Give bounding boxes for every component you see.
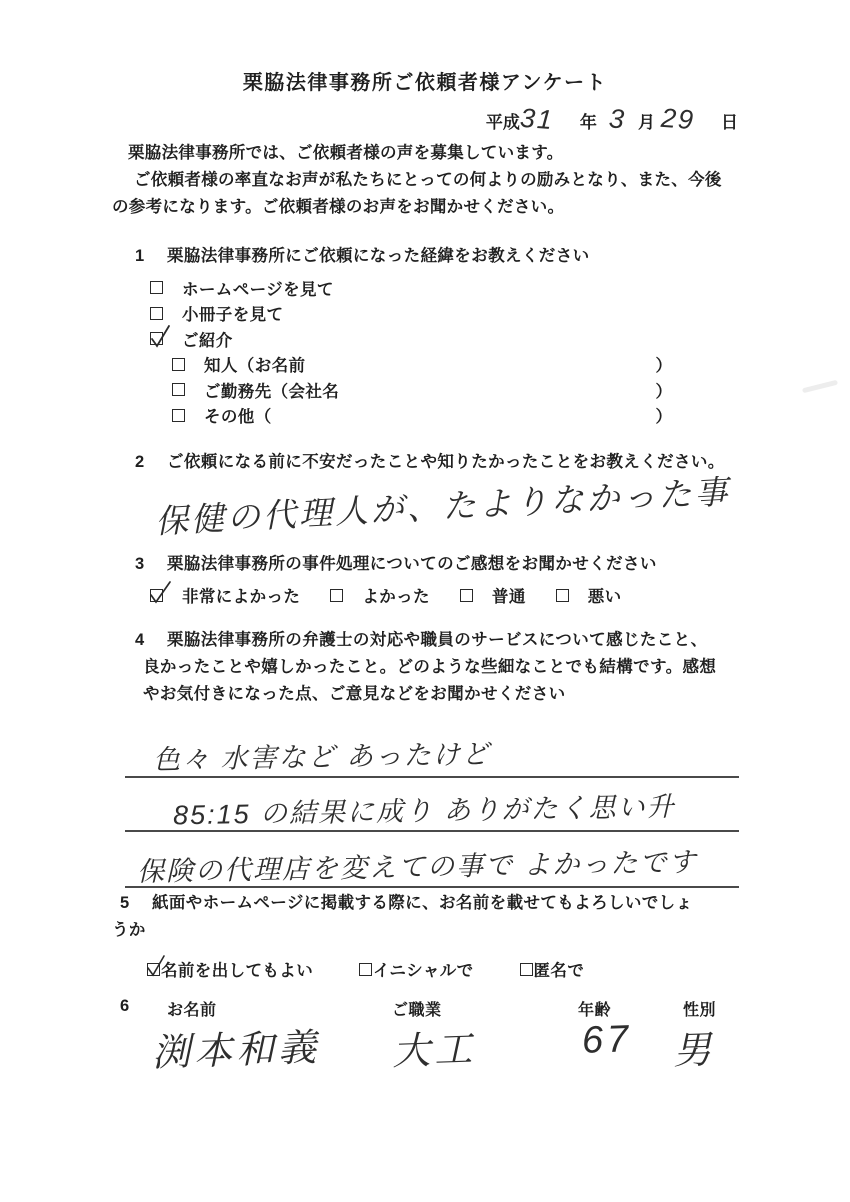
intro-line-3: の参考になります。ご依頼者様のお声をお聞かせください。 (112, 194, 752, 221)
q4-handwritten-line-2: 85:15 の結果に成り ありがたく思い升 (173, 785, 676, 833)
q6-occupation-handwritten: 大工 (391, 1018, 477, 1076)
date-era-label: 平成 (486, 108, 520, 133)
question-4-text-line1: 栗脇法律事務所の弁護士の対応や職員のサービスについて感じたこと、 (167, 627, 707, 654)
q4-handwritten-line-1: 色々 水害など あったけど (153, 732, 491, 777)
q4-answer-line-1: 色々 水害など あったけど (125, 724, 739, 778)
q1-option-homepage: ホームページを見て (135, 275, 765, 301)
q3-option-bad-label: 悪い (588, 583, 622, 607)
question-2-number: 2 (135, 449, 153, 476)
q1-sub-option-acquaintance: 知人（お名前 ） (135, 352, 672, 378)
q3-option-good: よかった (330, 583, 430, 607)
q1-sub-workplace-paren: ） (656, 378, 673, 402)
checkbox-acquaintance[interactable] (172, 358, 185, 371)
question-1-text: 栗脇法律事務所にご依頼になった経緯をお教えください (167, 243, 590, 270)
q4-answer-line-2: 85:15 の結果に成り ありがたく思い升 (125, 778, 739, 832)
q6-age-handwritten: 67 (581, 1018, 633, 1063)
question-4-text-line2: 良かったことや嬉しかったこと。どのような些細なことでも結構です。感想 (135, 654, 765, 681)
check-mark-icon (148, 580, 172, 606)
checkbox-bad[interactable] (556, 589, 569, 602)
scan-artifact (802, 380, 838, 394)
question-5-text-line1: 紙面やホームページに掲載する際に、お名前を載せてもよろしいでしょ (152, 890, 692, 917)
page-title: 栗脇法律事務所ご依頼者様アンケート (0, 66, 850, 95)
q6-name-label: お名前 (167, 997, 217, 1020)
q3-option-excellent-label: 非常によかった (182, 583, 300, 607)
date-day-label: 日 (721, 108, 738, 133)
question-4-text-line3: やお気付きになった点、ご意見などをお聞かせください (135, 681, 765, 708)
intro-line-2: ご依頼者様の率直なお声が私たちにとっての何よりの励みとなり、また、今後 (112, 167, 752, 194)
q1-sub-other-paren: ） (656, 403, 673, 427)
q6-gender-label: 性別 (683, 997, 716, 1020)
question-2: 2 ご依頼になる前に不安だったことや知りたかったことをお教えください。 保健の代… (135, 449, 765, 543)
checkbox-good[interactable] (330, 589, 343, 602)
question-6-number: 6 (120, 997, 129, 1016)
q1-sub-other-label: その他（ (204, 403, 272, 427)
checkbox-referral[interactable] (150, 332, 163, 345)
q1-sub-option-workplace: ご勤務先（会社名 ） (135, 377, 672, 403)
q4-handwritten-line-3: 保険の代理店を変えての事で よかったです (137, 840, 698, 889)
checkbox-real-name[interactable] (147, 963, 160, 976)
q3-option-good-label: よかった (362, 583, 430, 607)
q1-option-referral-label: ご紹介 (182, 327, 233, 351)
q1-option-booklet: 小冊子を見て (135, 301, 765, 327)
date-day-handwritten: 29 (660, 105, 696, 134)
intro-line-1: 栗脇法律事務所では、ご依頼者様の声を募集しています。 (112, 140, 752, 167)
q5-option-real-name: 名前を出してもよい (147, 957, 313, 981)
checkbox-workplace[interactable] (172, 383, 185, 396)
q1-sub-option-other: その他（ ） (135, 403, 672, 429)
date-month-label: 月 (638, 108, 655, 133)
question-6: 6 お名前 ご職業 年齢 性別 渕本和義 大工 67 男 (120, 997, 800, 1117)
date-line: 平成 31 年 3 月 29 日 (486, 106, 738, 133)
q3-option-normal-label: 普通 (492, 583, 526, 607)
checkbox-anonymous[interactable] (520, 963, 533, 976)
question-5-text-line2: うか (112, 917, 765, 944)
q5-option-initials: イニシャルで (359, 957, 473, 981)
check-mark-icon (145, 954, 167, 978)
checkbox-initials[interactable] (359, 963, 372, 976)
q3-option-excellent: 非常によかった (150, 583, 300, 607)
question-3-text: 栗脇法律事務所の事件処理についてのご感想をお聞かせください (167, 551, 657, 578)
q1-sub-workplace-label: ご勤務先（会社名 (204, 378, 339, 402)
survey-document: 栗脇法律事務所ご依頼者様アンケート 平成 31 年 3 月 29 日 栗脇法律事… (0, 0, 850, 1202)
checkbox-normal[interactable] (460, 589, 473, 602)
q6-occupation-label: ご職業 (392, 997, 442, 1020)
check-mark-icon (148, 323, 172, 349)
q6-age-label: 年齢 (578, 997, 611, 1020)
q3-option-normal: 普通 (460, 583, 526, 607)
question-3-number: 3 (135, 551, 153, 578)
question-4-number: 4 (135, 627, 153, 654)
question-5-number: 5 (120, 890, 138, 917)
q5-option-real-name-label: 名前を出してもよい (161, 957, 313, 981)
question-1: 1 栗脇法律事務所にご依頼になった経緯をお教えください ホームページを見て 小冊… (135, 243, 765, 428)
q1-option-homepage-label: ホームページを見て (182, 276, 334, 300)
date-month-handwritten: 3 (608, 105, 627, 133)
question-5: 5 紙面やホームページに掲載する際に、お名前を載せてもよろしいでしょ うか 名前… (120, 890, 765, 982)
question-3: 3 栗脇法律事務所の事件処理についてのご感想をお聞かせください 非常によかった … (135, 551, 765, 608)
checkbox-booklet[interactable] (150, 307, 163, 320)
question-1-number: 1 (135, 243, 153, 270)
checkbox-homepage[interactable] (150, 281, 163, 294)
date-year-label: 年 (580, 108, 597, 133)
intro-paragraph: 栗脇法律事務所では、ご依頼者様の声を募集しています。 ご依頼者様の率直なお声が私… (112, 140, 752, 221)
q3-option-bad: 悪い (556, 583, 622, 607)
question-4: 4 栗脇法律事務所の弁護士の対応や職員のサービスについて感じたこと、 良かったこ… (135, 627, 765, 888)
q1-option-booklet-label: 小冊子を見て (182, 301, 283, 325)
q6-name-handwritten: 渕本和義 (151, 1016, 321, 1077)
q2-handwritten-answer: 保健の代理人が、たよりなかった事 (154, 466, 732, 543)
checkbox-other[interactable] (172, 409, 185, 422)
q1-option-referral: ご紹介 (135, 326, 765, 352)
q5-option-anonymous: 匿名で (520, 957, 585, 981)
q5-option-anonymous-label: 匿名で (534, 957, 585, 981)
q4-answer-line-3: 保険の代理店を変えての事で よかったです (125, 832, 739, 888)
q5-option-initials-label: イニシャルで (373, 957, 473, 981)
checkbox-excellent[interactable] (150, 589, 163, 602)
q6-gender-handwritten: 男 (672, 1018, 716, 1074)
q1-sub-acquaintance-label: 知人（お名前 (204, 352, 305, 376)
date-year-handwritten: 31 (519, 105, 555, 134)
q1-sub-acquaintance-paren: ） (656, 352, 673, 376)
